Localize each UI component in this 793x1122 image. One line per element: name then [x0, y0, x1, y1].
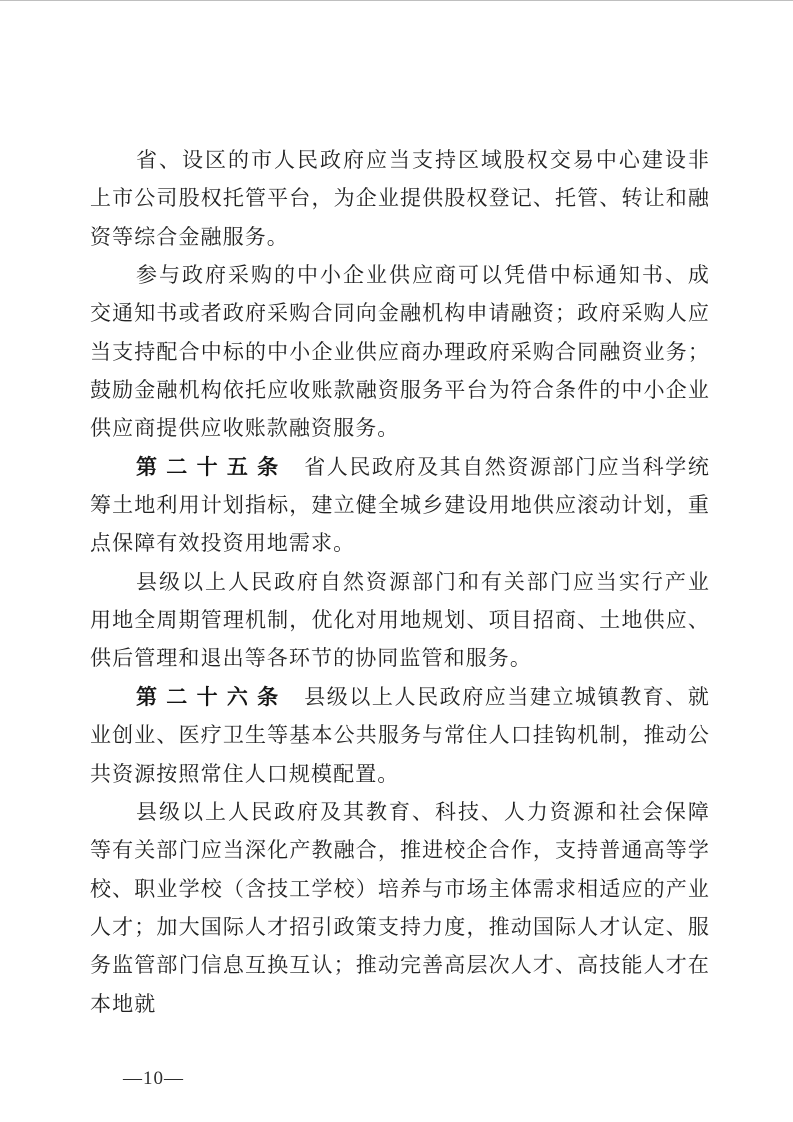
body-paragraph: 县级以上人民政府及其教育、科技、人力资源和社会保障等有关部门应当深化产教融合，推… [90, 793, 710, 1023]
paragraph-text: 参与政府采购的中小企业供应商可以凭借中标通知书、成交通知书或者政府采购合同向金融… [90, 263, 710, 440]
paragraph-text: 省、设区的市人民政府应当支持区域股权交易中心建设非上市公司股权托管平台，为企业提… [90, 148, 710, 249]
scan-edge-line [0, 0, 793, 1]
document-body: 省、设区的市人民政府应当支持区域股权交易中心建设非上市公司股权托管平台，为企业提… [90, 141, 710, 1023]
document-page: 省、设区的市人民政府应当支持区域股权交易中心建设非上市公司股权托管平台，为企业提… [0, 0, 793, 1122]
body-paragraph: 第二十六条县级以上人民政府应当建立城镇教育、就业创业、医疗卫生等基本公共服务与常… [90, 678, 710, 793]
body-paragraph: 参与政府采购的中小企业供应商可以凭借中标通知书、成交通知书或者政府采购合同向金融… [90, 256, 710, 448]
paragraph-text: 县级以上人民政府及其教育、科技、人力资源和社会保障等有关部门应当深化产教融合，推… [90, 800, 710, 1016]
paragraph-text: 县级以上人民政府自然资源部门和有关部门应当实行产业用地全周期管理机制，优化对用地… [90, 570, 710, 671]
page-number: —10— [123, 1068, 184, 1090]
article-25-heading: 第二十五条 [136, 455, 287, 479]
body-paragraph: 省、设区的市人民政府应当支持区域股权交易中心建设非上市公司股权托管平台，为企业提… [90, 141, 710, 256]
body-paragraph: 县级以上人民政府自然资源部门和有关部门应当实行产业用地全周期管理机制，优化对用地… [90, 563, 710, 678]
article-26-heading: 第二十六条 [136, 685, 287, 709]
body-paragraph: 第二十五条省人民政府及其自然资源部门应当科学统筹土地利用计划指标，建立健全城乡建… [90, 448, 710, 563]
